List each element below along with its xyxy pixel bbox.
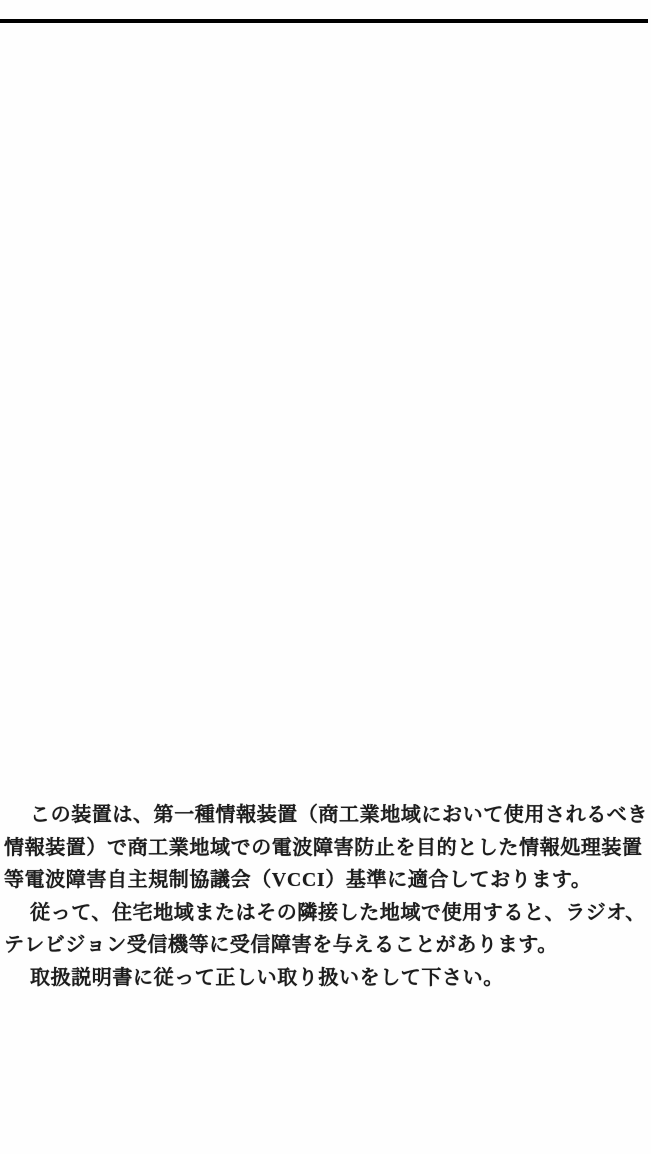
top-rule-divider xyxy=(0,19,648,23)
notice-line: 情報装置）で商工業地域での電波障害防止を目的とした情報処理装置 xyxy=(4,832,648,865)
vcci-notice-block: この装置は、第一種情報装置（商工業地域において使用されるべき 情報装置）で商工業… xyxy=(4,799,648,994)
notice-line: 従って、住宅地域またはその隣接した地域で使用すると、ラジオ、 xyxy=(4,897,648,930)
scanned-document-page: この装置は、第一種情報装置（商工業地域において使用されるべき 情報装置）で商工業… xyxy=(0,0,651,1154)
notice-line: 取扱説明書に従って正しい取り扱いをして下さい。 xyxy=(4,962,648,995)
notice-line: 等電波障害自主規制協議会（VCCI）基準に適合しております。 xyxy=(4,864,648,897)
notice-line: この装置は、第一種情報装置（商工業地域において使用されるべき xyxy=(4,799,648,832)
notice-line: テレビジョン受信機等に受信障害を与えることがあります。 xyxy=(4,929,648,962)
